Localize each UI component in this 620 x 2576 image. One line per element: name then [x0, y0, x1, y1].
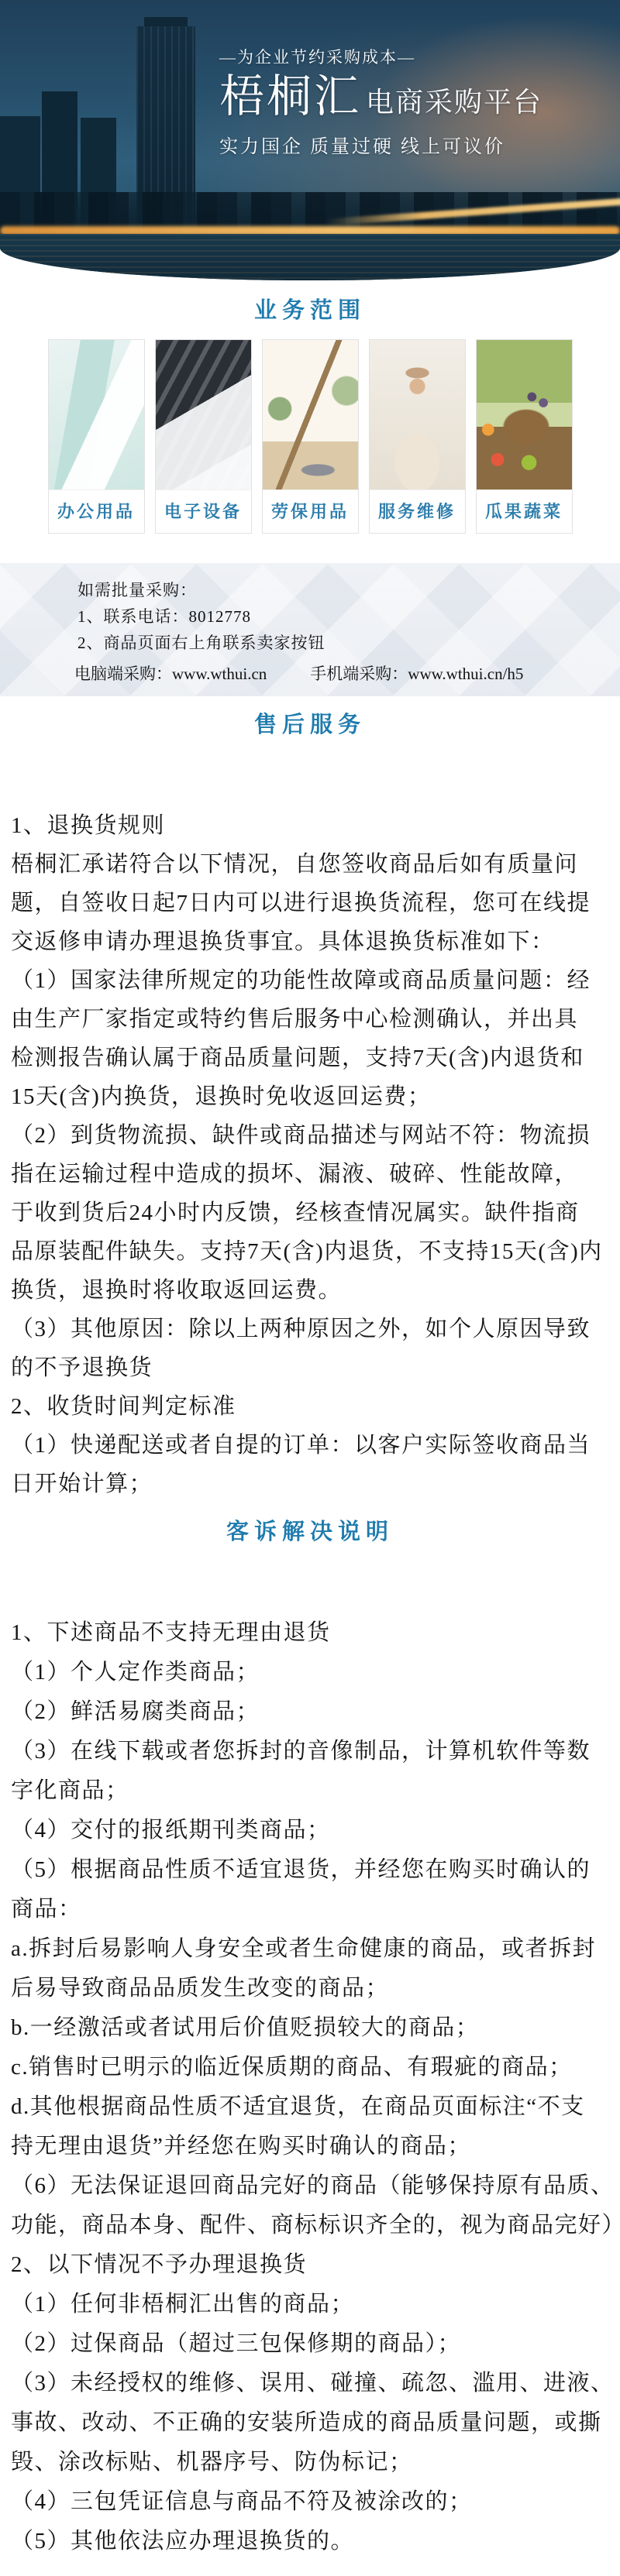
- mobile-purchase-url: 手机端采购：www.wthui.cn/h5: [310, 665, 523, 683]
- brand-name: 梧桐汇: [219, 71, 361, 122]
- service-repair-image: [370, 340, 465, 489]
- text-line: 梧桐汇承诺符合以下情况，自您签收商品后如有质量问: [11, 845, 620, 884]
- complaints-text: 1、下述商品不支持无理由退货（1）个人定作类商品；（2）鲜活易腐类商品；（3）在…: [0, 1613, 620, 2561]
- text-line: 功能，商品本身、配件、商标标识齐全的，视为商品完好）: [11, 2206, 620, 2245]
- page: { "banner": { "tagline": "—为企业节约采购成本—", …: [0, 0, 620, 2576]
- section-title-business-scope: 业务范围: [0, 293, 620, 328]
- labor-protection-image: [263, 340, 358, 489]
- category-card-service-repair[interactable]: 服务维修: [369, 339, 466, 534]
- text-line: 2、以下情况不予办理退换货: [11, 2245, 620, 2285]
- office-supplies-image: [49, 340, 144, 489]
- banner-slogan: 实力国企 质量过硬 线上可议价: [219, 131, 542, 158]
- section-title-after-sales: 售后服务: [0, 707, 620, 743]
- text-line: （2）过保商品（超过三包保修期的商品）；: [11, 2324, 620, 2364]
- text-line: 毁、涂改标贴、机器序号、防伪标记；: [11, 2443, 620, 2482]
- text-line: 1、联系电话：8012778: [77, 603, 620, 630]
- bulk-notice-lines: 如需批量采购：1、联系电话：80127782、商品页面右上角联系卖家按钮: [77, 577, 620, 656]
- banner-tagline: —为企业节约采购成本—: [219, 45, 542, 68]
- text-line: （5）根据商品性质不适宜退货，并经您在购买时确认的: [11, 1850, 620, 1890]
- section-title-complaints: 客诉解决说明: [0, 1514, 620, 1550]
- category-label: 劳保用品: [263, 489, 358, 533]
- text-line: 交返修申请办理退换货事宜。具体退换货标准如下：: [11, 922, 620, 961]
- pc-purchase-url: 电脑端采购：www.wthui.cn: [74, 665, 267, 683]
- text-line: （5）其他依法应办理退换货的。: [11, 2522, 620, 2561]
- text-line: （6）无法保证退回商品完好的商品（能够保持原有品质、: [11, 2166, 620, 2206]
- banner-brand-row: 梧桐汇电商采购平台: [219, 74, 542, 120]
- text-line: 指在运输过程中造成的损坏、漏液、破碎、性能故障，: [11, 1155, 620, 1194]
- sea-water: [0, 234, 620, 280]
- text-line: 字化商品；: [11, 1771, 620, 1811]
- text-line: （3）其他原因：除以上两种原因之外，如个人原因导致: [11, 1310, 620, 1348]
- text-line: 由生产厂家指定或特约售后服务中心检测确认，并出具: [11, 1000, 620, 1039]
- text-line: a.拆封后易影响人身安全或者生命健康的商品，或者拆封: [11, 1929, 620, 1969]
- text-line: 15天(含)内换货，退换时免收返回运费；: [11, 1077, 620, 1116]
- text-line: 于收到货后24小时内反馈，经核查情况属实。缺件指商: [11, 1194, 620, 1232]
- text-line: （4）三包凭证信息与商品不符及被涂改的；: [11, 2482, 620, 2522]
- electronics-image: [156, 340, 251, 489]
- text-line: （1）快递配送或者自提的订单：以客户实际签收商品当: [11, 1426, 620, 1465]
- text-line: 如需批量采购：: [77, 577, 620, 603]
- text-line: （3）未经授权的维修、误用、碰撞、疏忽、滥用、进液、: [11, 2364, 620, 2403]
- category-card-electronics[interactable]: 电子设备: [155, 339, 252, 534]
- category-label: 服务维修: [370, 489, 465, 533]
- category-label: 办公用品: [49, 489, 144, 533]
- text-line: 2、收货时间判定标准: [11, 1387, 620, 1426]
- hero-banner: —为企业节约采购成本— 梧桐汇电商采购平台 实力国企 质量过硬 线上可议价: [0, 0, 620, 280]
- fruits-vegetables-image: [477, 340, 572, 489]
- category-card-labor-protection[interactable]: 劳保用品: [262, 339, 359, 534]
- text-line: （4）交付的报纸期刊类商品；: [11, 1811, 620, 1850]
- text-line: 题，自签收日起7日内可以进行退换货流程，您可在线提: [11, 884, 620, 922]
- text-line: c.销售时已明示的临近保质期的商品、有瑕疵的商品；: [11, 2048, 620, 2087]
- text-line: b.一经激活或者试用后价值贬损较大的商品；: [11, 2008, 620, 2048]
- bulk-purchase-notice: 如需批量采购：1、联系电话：80127782、商品页面右上角联系卖家按钮 电脑端…: [0, 563, 620, 696]
- text-line: 后易导致商品品质发生改变的商品；: [11, 1969, 620, 2008]
- text-line: （3）在线下载或者您拆封的音像制品，计算机软件等数: [11, 1732, 620, 1771]
- brand-suffix: 电商采购平台: [366, 87, 542, 118]
- after-sales-text: 1、退换货规则梧桐汇承诺符合以下情况，自您签收商品后如有质量问题，自签收日起7日…: [0, 806, 620, 1503]
- text-line: 商品：: [11, 1890, 620, 1929]
- text-line: 检测报告确认属于商品质量问题，支持7天(含)内退货和: [11, 1039, 620, 1077]
- text-line: 事故、改动、不正确的安装所造成的商品质量问题，或撕: [11, 2403, 620, 2443]
- category-card-office-supplies[interactable]: 办公用品: [48, 339, 145, 534]
- category-cards: 办公用品 电子设备 劳保用品 服务维修 瓜果蔬菜: [0, 339, 620, 534]
- category-label: 电子设备: [156, 489, 251, 533]
- text-line: d.其他根据商品性质不适宜退货，在商品页面标注“不支: [11, 2087, 620, 2127]
- text-line: （1）国家法律所规定的功能性故障或商品质量问题：经: [11, 961, 620, 1000]
- text-line: （2）鲜活易腐类商品；: [11, 1692, 620, 1732]
- text-line: （1）个人定作类商品；: [11, 1653, 620, 1692]
- banner-text-group: —为企业节约采购成本— 梧桐汇电商采购平台 实力国企 质量过硬 线上可议价: [219, 45, 542, 158]
- text-line: 2、商品页面右上角联系卖家按钮: [77, 630, 620, 656]
- text-line: 的不予退换货: [11, 1348, 620, 1387]
- text-line: （2）到货物流损、缺件或商品描述与网站不符：物流损: [11, 1116, 620, 1155]
- text-line: 日开始计算；: [11, 1465, 620, 1503]
- text-line: 1、下述商品不支持无理由退货: [11, 1613, 620, 1653]
- text-line: 1、退换货规则: [11, 806, 620, 845]
- text-line: 品原装配件缺失。支持7天(含)内退货，不支持15天(含)内: [11, 1232, 620, 1271]
- category-label: 瓜果蔬菜: [477, 489, 572, 533]
- purchase-urls: 电脑端采购：www.wthui.cn手机端采购：www.wthui.cn/h5: [74, 661, 620, 687]
- text-line: 换货，退换时将收取返回运费。: [11, 1271, 620, 1310]
- text-line: （1）任何非梧桐汇出售的商品；: [11, 2285, 620, 2324]
- text-line: 持无理由退货”并经您在购买时确认的商品；: [11, 2127, 620, 2166]
- category-card-fruits-vegetables[interactable]: 瓜果蔬菜: [476, 339, 573, 534]
